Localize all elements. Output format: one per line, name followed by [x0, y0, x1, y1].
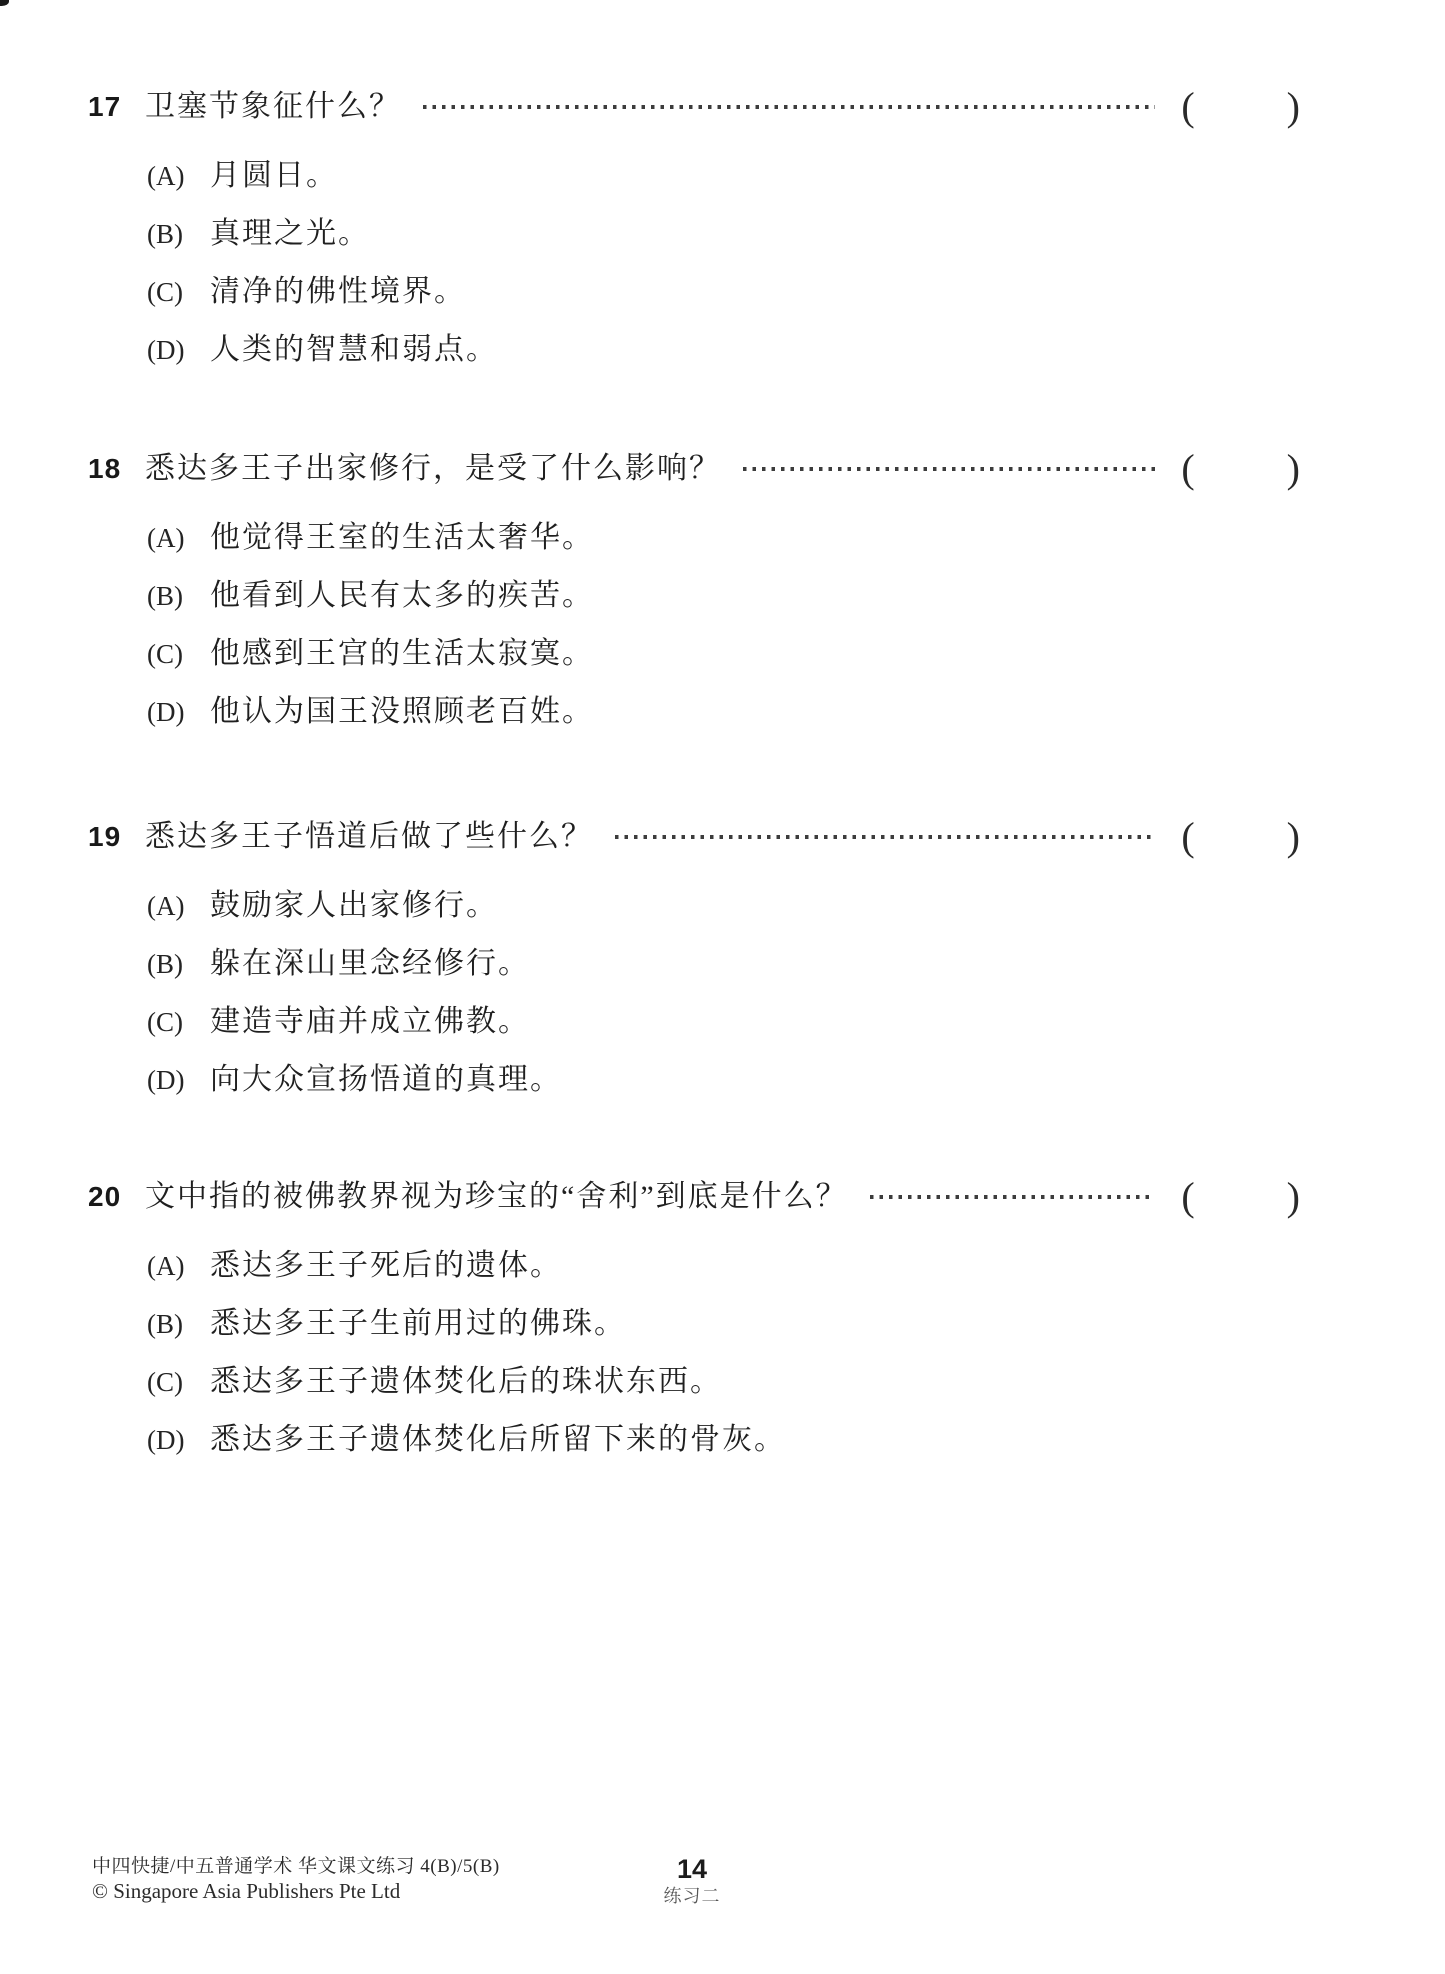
close-paren: ): [1287, 86, 1300, 128]
option-label: (D): [147, 332, 210, 368]
open-paren: (: [1181, 816, 1194, 858]
option-row-c: (C) 悉达多王子遗体焚化后的珠状东西。: [88, 1364, 1300, 1422]
option-label: (D): [147, 1422, 210, 1458]
option-text: 他认为国王没照顾老百姓。: [210, 694, 594, 730]
worksheet-page: 17 卫塞节象征什么？ ( ) (A) 月圆日。 (B) 真理之光。 (C) 清…: [0, 0, 1445, 1974]
exercise-label: 练习二: [642, 1886, 742, 1906]
open-paren: (: [1181, 86, 1194, 128]
question-19: 19 悉达多王子悟道后做了些什么？ ( ) (A) 鼓励家人出家修行。 (B) …: [88, 820, 1300, 1120]
option-text: 清净的佛性境界。: [210, 274, 466, 310]
footer-series-title: 中四快捷/中五普通学术 华文课文练习 4(B)/5(B): [92, 1854, 500, 1879]
question-text: 文中指的被佛教界视为珍宝的“舍利”到底是什么？: [145, 1180, 848, 1214]
option-text: 向大众宣扬悟道的真理。: [210, 1062, 562, 1098]
question-18-header: 18 悉达多王子出家修行，是受了什么影响？ ( ): [88, 452, 1300, 486]
question-17-options: (A) 月圆日。 (B) 真理之光。 (C) 清净的佛性境界。 (D) 人类的智…: [88, 124, 1300, 390]
option-text: 躲在深山里念经修行。: [210, 946, 530, 982]
option-row-c: (C) 清净的佛性境界。: [88, 274, 1300, 332]
option-row-c: (C) 建造寺庙并成立佛教。: [88, 1004, 1300, 1062]
option-text: 月圆日。: [210, 158, 338, 194]
dotted-leader: [743, 467, 1155, 471]
option-text: 悉达多王子死后的遗体。: [210, 1248, 562, 1284]
option-label: (C): [147, 274, 210, 310]
answer-blank: [1195, 90, 1287, 91]
dotted-leader: [423, 105, 1155, 109]
question-18: 18 悉达多王子出家修行，是受了什么影响？ ( ) (A) 他觉得王室的生活太奢…: [88, 452, 1300, 752]
close-paren: ): [1287, 448, 1300, 490]
close-paren: ): [1287, 1176, 1300, 1218]
question-20-header: 20 文中指的被佛教界视为珍宝的“舍利”到底是什么？ ( ): [88, 1180, 1300, 1214]
dotted-leader: [615, 835, 1155, 839]
question-text: 悉达多王子悟道后做了些什么？: [145, 820, 593, 854]
answer-blank: [1195, 820, 1287, 821]
answer-brackets: ( ): [1181, 90, 1300, 132]
dotted-leader: [870, 1195, 1156, 1199]
option-label: (A): [147, 158, 210, 194]
option-text: 他看到人民有太多的疾苦。: [210, 578, 594, 614]
question-17: 17 卫塞节象征什么？ ( ) (A) 月圆日。 (B) 真理之光。 (C) 清…: [88, 90, 1300, 390]
answer-brackets: ( ): [1181, 452, 1300, 494]
option-label: (D): [147, 694, 210, 730]
question-17-header: 17 卫塞节象征什么？ ( ): [88, 90, 1300, 124]
option-text: 他觉得王室的生活太奢华。: [210, 520, 594, 556]
option-row-a: (A) 鼓励家人出家修行。: [88, 888, 1300, 946]
answer-brackets: ( ): [1181, 1180, 1300, 1222]
question-19-options: (A) 鼓励家人出家修行。 (B) 躲在深山里念经修行。 (C) 建造寺庙并成立…: [88, 854, 1300, 1120]
question-19-header: 19 悉达多王子悟道后做了些什么？ ( ): [88, 820, 1300, 854]
option-text: 人类的智慧和弱点。: [210, 332, 498, 368]
option-row-c: (C) 他感到王宫的生活太寂寞。: [88, 636, 1300, 694]
footer-page-block: 14 练习二: [642, 1856, 742, 1906]
option-row-b: (B) 真理之光。: [88, 216, 1300, 274]
page-number: 14: [642, 1856, 742, 1883]
option-label: (B): [147, 216, 210, 252]
option-label: (B): [147, 946, 210, 982]
option-label: (C): [147, 1364, 210, 1400]
question-number: 19: [88, 820, 145, 854]
option-text: 悉达多王子生前用过的佛珠。: [210, 1306, 626, 1342]
answer-blank: [1195, 452, 1287, 453]
question-number: 17: [88, 90, 145, 124]
option-row-a: (A) 他觉得王室的生活太奢华。: [88, 520, 1300, 578]
option-text: 悉达多王子遗体焚化后所留下来的骨灰。: [210, 1422, 786, 1458]
option-label: (B): [147, 1306, 210, 1342]
question-18-options: (A) 他觉得王室的生活太奢华。 (B) 他看到人民有太多的疾苦。 (C) 他感…: [88, 486, 1300, 752]
option-text: 悉达多王子遗体焚化后的珠状东西。: [210, 1364, 722, 1400]
option-text: 真理之光。: [210, 216, 370, 252]
option-label: (C): [147, 636, 210, 672]
option-row-b: (B) 他看到人民有太多的疾苦。: [88, 578, 1300, 636]
option-text: 鼓励家人出家修行。: [210, 888, 498, 924]
question-number: 20: [88, 1180, 145, 1214]
open-paren: (: [1181, 1176, 1194, 1218]
option-row-b: (B) 悉达多王子生前用过的佛珠。: [88, 1306, 1300, 1364]
answer-brackets: ( ): [1181, 820, 1300, 862]
question-20-options: (A) 悉达多王子死后的遗体。 (B) 悉达多王子生前用过的佛珠。 (C) 悉达…: [88, 1214, 1300, 1480]
close-paren: ): [1287, 816, 1300, 858]
scan-corner-artifact: [0, 0, 9, 6]
option-row-d: (D) 向大众宣扬悟道的真理。: [88, 1062, 1300, 1120]
footer-copyright: © Singapore Asia Publishers Pte Ltd: [92, 1879, 500, 1904]
option-label: (B): [147, 578, 210, 614]
option-label: (C): [147, 1004, 210, 1040]
option-text: 他感到王宫的生活太寂寞。: [210, 636, 594, 672]
question-number: 18: [88, 452, 145, 486]
option-label: (A): [147, 888, 210, 924]
answer-blank: [1195, 1180, 1287, 1181]
option-text: 建造寺庙并成立佛教。: [210, 1004, 530, 1040]
option-label: (A): [147, 1248, 210, 1284]
option-label: (D): [147, 1062, 210, 1098]
option-label: (A): [147, 520, 210, 556]
option-row-b: (B) 躲在深山里念经修行。: [88, 946, 1300, 1004]
question-text: 悉达多王子出家修行，是受了什么影响？: [145, 452, 721, 486]
option-row-a: (A) 悉达多王子死后的遗体。: [88, 1248, 1300, 1306]
open-paren: (: [1181, 448, 1194, 490]
question-20: 20 文中指的被佛教界视为珍宝的“舍利”到底是什么？ ( ) (A) 悉达多王子…: [88, 1180, 1300, 1480]
question-text: 卫塞节象征什么？: [145, 90, 401, 124]
option-row-a: (A) 月圆日。: [88, 158, 1300, 216]
option-row-d: (D) 他认为国王没照顾老百姓。: [88, 694, 1300, 752]
option-row-d: (D) 悉达多王子遗体焚化后所留下来的骨灰。: [88, 1422, 1300, 1480]
option-row-d: (D) 人类的智慧和弱点。: [88, 332, 1300, 390]
footer-edition-info: 中四快捷/中五普通学术 华文课文练习 4(B)/5(B) © Singapore…: [92, 1854, 500, 1904]
